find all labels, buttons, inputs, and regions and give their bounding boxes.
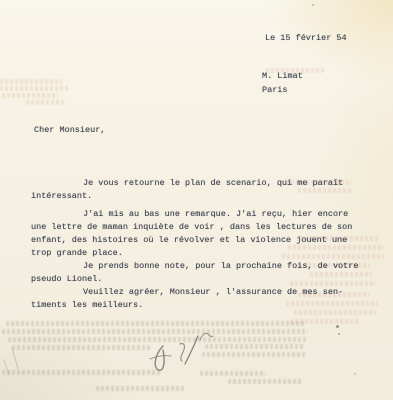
bleed-through-ghost-line <box>290 319 360 324</box>
letter-line: enfant, des histoires où le révolver et … <box>31 234 381 247</box>
bleed-through-ghost-line <box>202 352 307 357</box>
bleed-through-ghost-line <box>26 100 64 105</box>
paper-speck <box>354 373 356 375</box>
letter-line: J'ai mis au bas une remarque. J'ai reçu,… <box>31 208 381 221</box>
recipient-block: M. Limat Paris <box>262 70 303 97</box>
bleed-through-ghost-line <box>0 86 70 91</box>
letter-date: Le 15 février 54 <box>265 32 347 45</box>
bleed-through-ghost-line <box>205 344 305 349</box>
paper-speck <box>336 325 339 328</box>
salutation: Cher Monsieur, <box>34 124 105 137</box>
recipient-name: M. Limat <box>262 70 303 84</box>
bleed-through-ghost-line <box>12 345 152 350</box>
letter-line: Je prends bonne note, pour la prochaine … <box>31 260 381 273</box>
letter-line: trop grande place. <box>31 247 381 260</box>
bleed-through-ghost-line <box>96 386 186 391</box>
letter-line: timents les meilleurs. <box>31 299 381 312</box>
paper-speck <box>338 333 340 335</box>
bleed-through-ghost-line <box>228 379 303 384</box>
bleed-through-ghost-line <box>2 93 58 98</box>
bleed-through-ghost-line <box>0 79 62 84</box>
letter-paragraph: Je prends bonne note, pour la prochaine … <box>31 260 381 286</box>
letter-line: pseudo Lionel. <box>31 273 381 286</box>
letter-paragraph: Veuillez agréer, Monsieur , l'assurance … <box>31 286 381 312</box>
scanned-letter-page: Le 15 février 54 M. Limat Paris Cher Mon… <box>0 0 393 400</box>
letter-line: une lettre de maman inquiète de voir , d… <box>31 221 381 234</box>
letter-line: Veuillez agréer, Monsieur , l'assurance … <box>31 286 381 299</box>
recipient-city: Paris <box>262 84 303 98</box>
letter-line: intéressant. <box>31 190 381 203</box>
paper-speck <box>312 4 314 6</box>
letter-body: Je vous retourne le plan de scenario, qu… <box>31 177 381 312</box>
bleed-through-ghost-line <box>8 337 306 342</box>
bleed-through-ghost-line <box>2 329 308 334</box>
bleed-through-ghost-line <box>2 370 162 375</box>
letter-paragraph: Je vous retourne le plan de scenario, qu… <box>31 177 381 203</box>
letter-line: Je vous retourne le plan de scenario, qu… <box>31 177 381 190</box>
bleed-through-ghost-line <box>6 321 306 326</box>
bleed-through-ghost-line <box>200 371 266 376</box>
letter-paragraph: J'ai mis au bas une remarque. J'ai reçu,… <box>31 208 381 260</box>
